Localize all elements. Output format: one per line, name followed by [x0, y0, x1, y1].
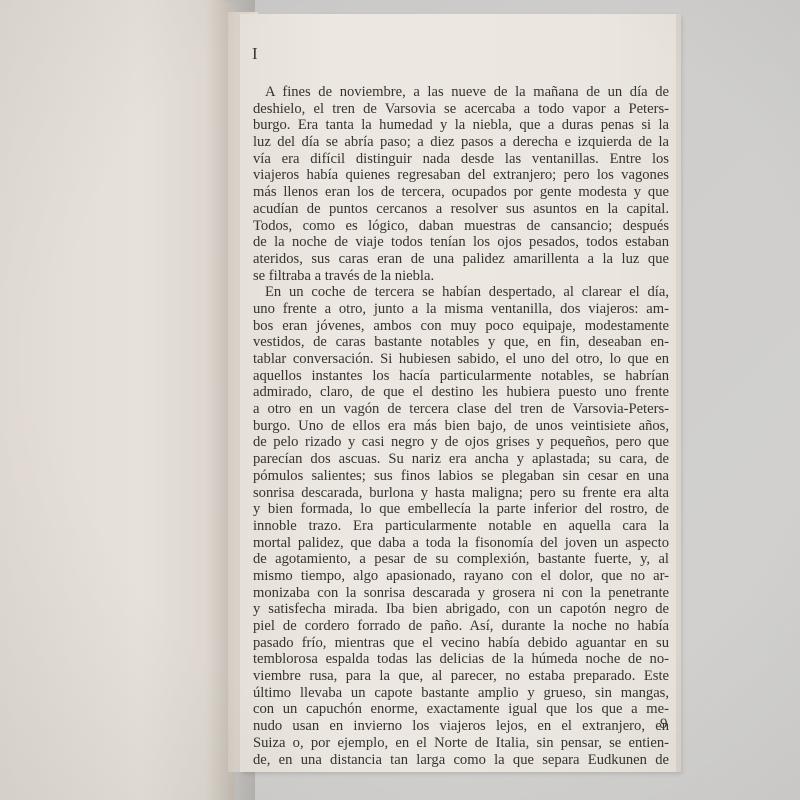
text-line: a otro en un vagón de tercera clase del …: [253, 401, 669, 418]
text-line: uno frente a otro, junto a la misma vent…: [253, 301, 669, 318]
text-line: viajeros había quienes regresaban del ex…: [253, 167, 669, 184]
text-line: pómulos salientes; sus finos labios se p…: [253, 468, 669, 485]
text-line: bos eran jóvenes, ambos con muy poco equ…: [253, 318, 669, 335]
text-line: ateridos, sus caras eran de una palidez …: [253, 251, 669, 268]
text-line: de la noche de viaje todos tenían los oj…: [253, 234, 669, 251]
text-line: deshielo, el tren de Varsovia se acercab…: [253, 101, 669, 118]
text-line: de, en una distancia tan larga como la q…: [253, 752, 669, 769]
text-line: A fines de noviembre, a las nueve de la …: [253, 84, 669, 101]
left-page: [0, 0, 235, 800]
text-line: innoble trazo. Era particularmente notab…: [253, 518, 669, 535]
page-edge: [676, 14, 681, 772]
text-line: pasado frío, mientras que el vecino habí…: [253, 635, 669, 652]
text-line: burgo. Uno de ellos era más bien bajo, d…: [253, 418, 669, 435]
chapter-number: I: [252, 44, 258, 64]
text-line: vestidos, de caras bastante notables y q…: [253, 334, 669, 351]
text-line: vía era difícil distinguir nada desde la…: [253, 151, 669, 168]
text-line: temblorosa espalda todas las delicias de…: [253, 651, 669, 668]
text-line: nudo usan en invierno los viajeros lejos…: [253, 718, 669, 735]
page-body-text: A fines de noviembre, a las nueve de la …: [253, 84, 669, 768]
text-line: y satisfecha mirada. Iba bien abrigado, …: [253, 601, 669, 618]
text-line: aquellos instantes los hacía particularm…: [253, 368, 669, 385]
text-line: burgo. Era tanta la humedad y la niebla,…: [253, 117, 669, 134]
text-line: admirado, claro, de que el destino les h…: [253, 384, 669, 401]
text-line: piel de cordero forrado de paño. Así, du…: [253, 618, 669, 635]
text-line: sonrisa descarada, burlona y hasta malig…: [253, 485, 669, 502]
text-line: con un capuchón enorme, exactamente igua…: [253, 701, 669, 718]
text-line: parecían dos ascuas. Su nariz era ancha …: [253, 451, 669, 468]
text-line: y bien formada, lo que embellecía la par…: [253, 501, 669, 518]
text-line: luz del día se abría paso; a diez pasos …: [253, 134, 669, 151]
text-line: Todos, como es lógico, daban muestras de…: [253, 218, 669, 235]
text-line: de pelo rizado y casi negro y de ojos gr…: [253, 434, 669, 451]
text-line: monizaba con la sonrisa descarada y gros…: [253, 585, 669, 602]
text-line: se filtraba a través de la niebla.: [253, 268, 669, 285]
text-line: Suiza o, por ejemplo, en el Norte de Ita…: [253, 735, 669, 752]
text-line: viembre rusa, para la que, al parecer, n…: [253, 668, 669, 685]
text-line: mortal palidez, que daba a toda la fison…: [253, 535, 669, 552]
text-line: de agotamiento, a pesar de su complexión…: [253, 551, 669, 568]
text-line: En un coche de tercera se habían despert…: [253, 284, 669, 301]
text-line: más llenos eran los de tercera, ocupados…: [253, 184, 669, 201]
text-line: último llevaba un capote bastante amplio…: [253, 685, 669, 702]
text-line: mismo tiempo, algo apasionado, rayano co…: [253, 568, 669, 585]
text-line: acudían de puntos cercanos a resolver su…: [253, 201, 669, 218]
text-line: tablar conversación. Si hubiesen sabido,…: [253, 351, 669, 368]
page-number: 9: [660, 716, 668, 733]
photo-scene: I A fines de noviembre, a las nueve de l…: [0, 0, 800, 800]
